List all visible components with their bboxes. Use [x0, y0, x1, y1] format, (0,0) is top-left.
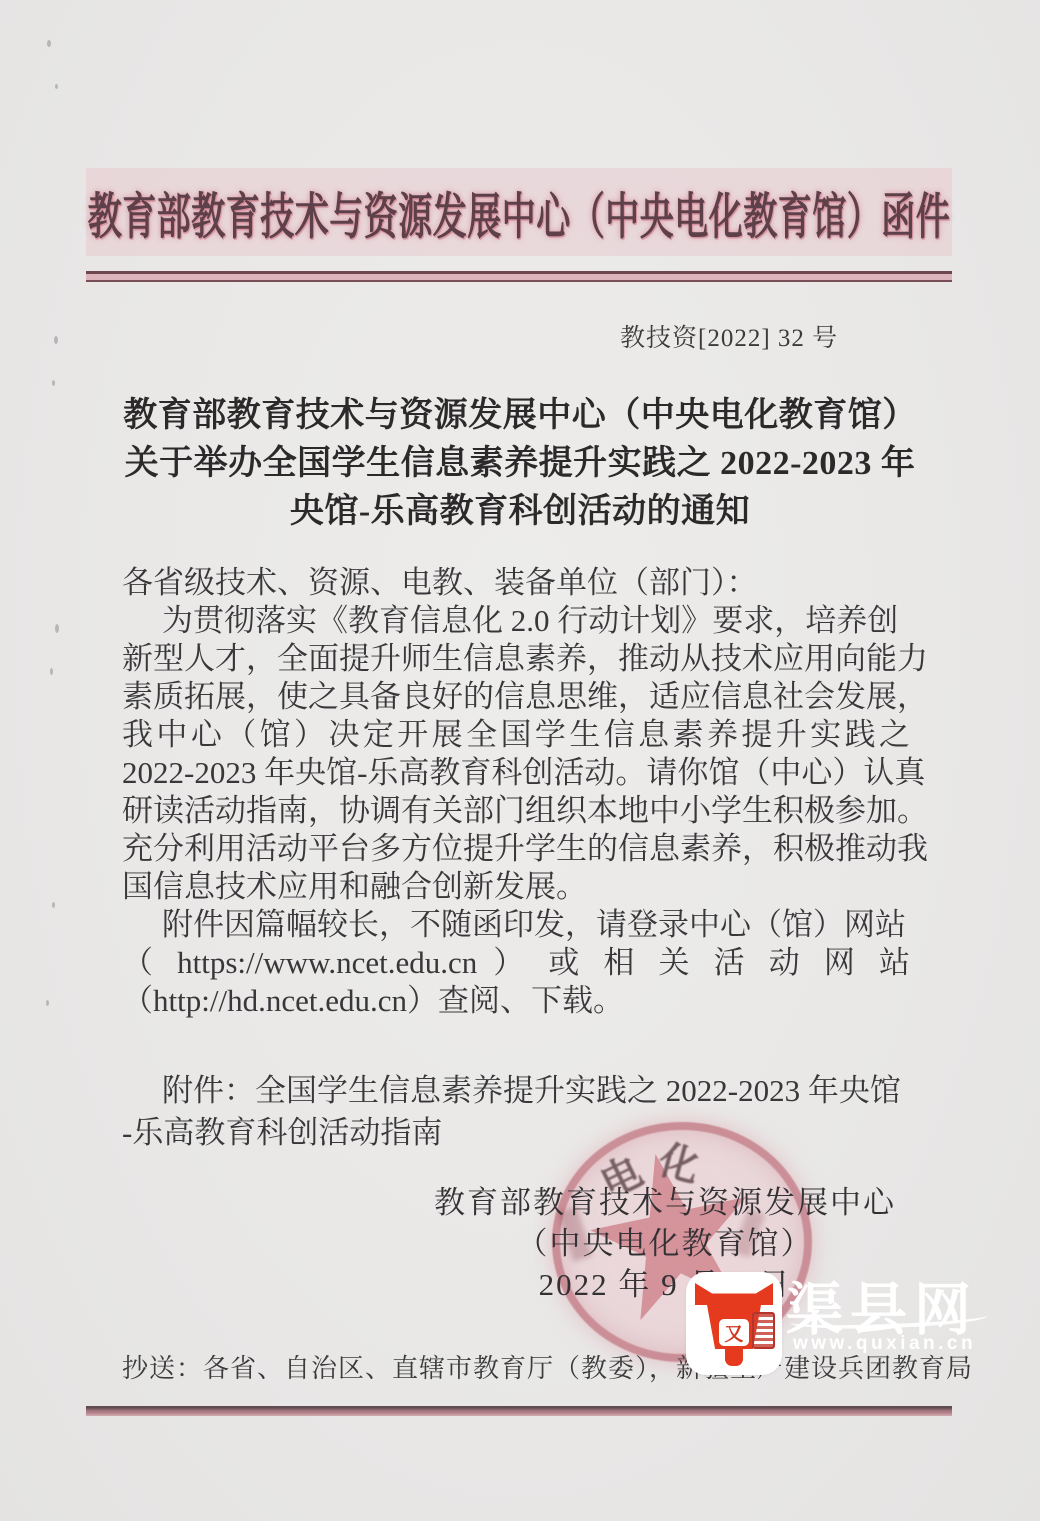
body-content: 各省级技术、资源、电教、装备单位（部门）： 为贯彻落实《教育信息化 2.0 行动…: [122, 564, 910, 1020]
scanned-official-letter: 教育部教育技术与资源发展中心（中央电化教育馆）函件 教技资[2022] 32 号…: [0, 0, 1040, 1521]
bull-horns-icon: [695, 1283, 773, 1305]
letterhead-double-rule: [86, 271, 952, 282]
attachment-note: 附件：全国学生信息素养提升实践之 2022-2023 年央馆 -乐高教育科创活动…: [122, 1070, 922, 1154]
scan-speck: [55, 84, 58, 89]
scan-speck: [52, 902, 55, 908]
body-line: （http://hd.ncet.edu.cn）查阅、下载。: [122, 982, 910, 1020]
body-line: 充分利用活动平台多方位提升学生的信息素养，积极推动我: [122, 830, 910, 868]
salutation: 各省级技术、资源、电教、装备单位（部门）：: [122, 564, 910, 602]
body-line: 我中心（馆）决定开展全国学生信息素养提升实践之: [122, 716, 910, 754]
body-line: 附件因篇幅较长，不随函印发，请登录中心（馆）网站: [122, 906, 910, 944]
body-line: 素质拓展，使之具备良好的信息思维，适应信息社会发展，: [122, 678, 910, 716]
body-line: 研读活动指南，协调有关部门组织本地中小学生积极参加。: [122, 792, 910, 830]
scan-speck: [54, 336, 58, 344]
body-line: （ https://www.ncet.edu.cn ） 或 相 关 活 动 网 …: [122, 944, 910, 982]
attachment-line: -乐高教育科创活动指南: [122, 1112, 922, 1154]
scan-speck: [46, 1000, 49, 1006]
body-line: 为贯彻落实《教育信息化 2.0 行动计划》要求，培养创: [122, 602, 910, 640]
document-title: 教育部教育技术与资源发展中心（中央电化教育馆） 关于举办全国学生信息素养提升实践…: [90, 392, 950, 536]
title-line: 教育部教育技术与资源发展中心（中央电化教育馆）: [90, 392, 950, 440]
letterhead-banner: 教育部教育技术与资源发展中心（中央电化教育馆）函件: [86, 168, 952, 256]
body-line: 国信息技术应用和融合创新发展。: [122, 868, 910, 906]
scan-speck: [52, 380, 55, 386]
document-number: 教技资[2022] 32 号: [620, 318, 900, 354]
bull-mouth-icon: 又: [719, 1319, 749, 1346]
watermark-logo: 又: [686, 1272, 782, 1375]
bull-chin-icon: [725, 1349, 743, 1366]
signature-org: 教育部教育技术与资源发展中心: [400, 1182, 930, 1223]
scan-speck: [55, 624, 59, 633]
watermark-site-url: www.quxian.cn: [793, 1333, 976, 1355]
logo-seal-icon: [752, 1312, 775, 1349]
scan-speck: [47, 40, 51, 47]
bottom-rule: [86, 1406, 952, 1416]
body-line: 2022-2023 年央馆-乐高教育科创活动。请你馆（中心）认真: [122, 754, 910, 792]
letterhead-title: 教育部教育技术与资源发展中心（中央电化教育馆）函件: [88, 176, 951, 247]
attachment-line: 附件：全国学生信息素养提升实践之 2022-2023 年央馆: [122, 1070, 922, 1112]
scan-speck: [50, 668, 53, 675]
title-line: 央馆-乐高教育科创活动的通知: [90, 488, 950, 536]
title-line: 关于举办全国学生信息素养提升实践之 2022-2023 年: [90, 440, 950, 488]
body-line: 新型人才，全面提升师生信息素养，推动从技术应用向能力: [122, 640, 910, 678]
signature-org-alt: （中央电化教育馆）: [400, 1223, 930, 1264]
